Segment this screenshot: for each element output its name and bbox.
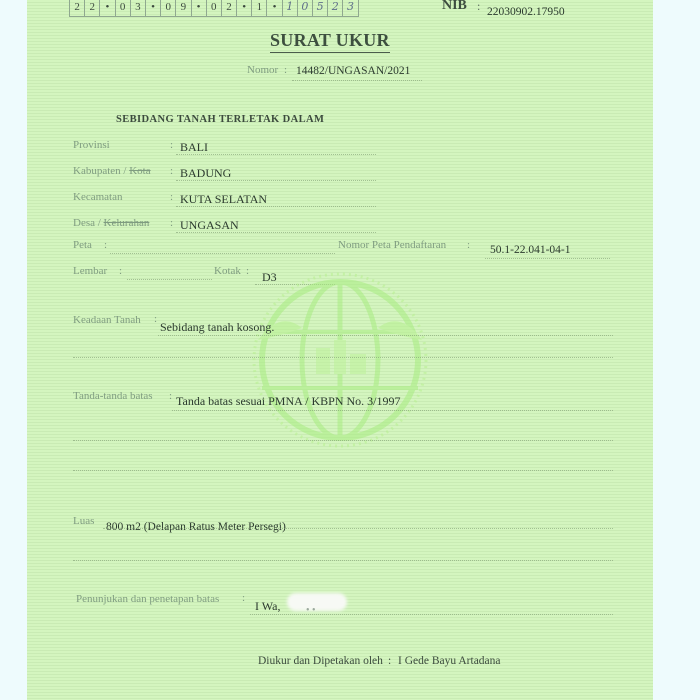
keadaan-dotline-1 (158, 335, 613, 336)
batas-dotline-1 (172, 410, 613, 411)
lembar-separator: : (119, 265, 122, 277)
location-heading: SEBIDANG TANAH TERLETAK DALAM (116, 114, 324, 125)
parcel-code-box: 5 (313, 0, 328, 16)
parcel-code-box: 3 (131, 0, 146, 16)
location-field-dotline (176, 206, 376, 207)
penunjukan-separator: : (242, 592, 245, 604)
parcel-code-box: • (100, 0, 115, 16)
lembar-dotline (127, 279, 212, 280)
location-field-separator: : (170, 165, 173, 177)
parcel-code-box: 0 (161, 0, 176, 16)
batas-label: Tanda-tanda batas (73, 390, 153, 402)
parcel-code-boxes: 22•03•09•02•1•10523 (69, 0, 359, 17)
parcel-code-box: 2 (328, 0, 343, 16)
nomor-dotline (292, 80, 422, 81)
parcel-code-box: • (237, 0, 252, 16)
kotak-separator: : (246, 265, 249, 277)
redaction-mark (287, 593, 347, 611)
measured-by-separator: : (388, 655, 391, 667)
parcel-code-box: 0 (207, 0, 222, 16)
parcel-code-box: 9 (176, 0, 191, 16)
peta-label: Peta (73, 239, 92, 251)
location-field-label: Provinsi (73, 139, 110, 151)
luas-value: 800 m2 (Delapan Ratus Meter Persegi) (106, 521, 286, 533)
location-field-separator: : (170, 191, 173, 203)
nomor-label: Nomor (247, 64, 278, 76)
batas-dotline-3 (73, 470, 613, 471)
luas-dotline-2 (73, 560, 613, 561)
nib-label: NIB (442, 0, 467, 14)
parcel-code-box: 0 (116, 0, 131, 16)
keadaan-separator: : (154, 313, 157, 325)
penunjukan-value: I Wa, (255, 599, 280, 614)
nomor-separator: : (284, 64, 287, 76)
location-field-dotline (176, 180, 376, 181)
peta-dotline (110, 253, 335, 254)
location-field-separator: : (170, 139, 173, 151)
parcel-code-box: 2 (70, 0, 85, 16)
parcel-code-box: 3 (343, 0, 357, 16)
keadaan-label: Keadaan Tanah (73, 314, 141, 326)
nomor-peta-dotline (485, 258, 610, 259)
measured-by-value: I Gede Bayu Artadana (398, 655, 501, 667)
nomor-value: 14482/UNGASAN/2021 (296, 65, 410, 77)
parcel-code-box: 1 (252, 0, 267, 16)
nomor-peta-label: Nomor Peta Pendaftaran (338, 239, 446, 251)
document-title: SURAT UKUR (270, 30, 390, 53)
keadaan-dotline-2 (73, 357, 613, 358)
batas-value: Tanda batas sesuai PMNA / KBPN No. 3/199… (176, 394, 400, 409)
luas-label: Luas (73, 515, 94, 527)
luas-dotline-1 (103, 528, 613, 529)
kotak-label: Kotak (214, 265, 241, 277)
location-field-label: Kecamatan (73, 191, 122, 203)
parcel-code-box: • (192, 0, 207, 16)
measured-by-label: Diukur dan Dipetakan oleh (258, 655, 383, 667)
batas-dotline-2 (73, 440, 613, 441)
location-field-value: BADUNG (180, 166, 231, 181)
nomor-peta-separator: : (467, 239, 470, 251)
location-field-value: BALI (180, 140, 208, 155)
parcel-code-box: 1 (283, 0, 298, 16)
location-field-label: Desa / Kelurahan (73, 217, 149, 229)
batas-separator: : (169, 390, 172, 402)
penunjukan-dotline (250, 614, 613, 615)
bpn-emblem-watermark-icon (250, 270, 430, 450)
location-field-value: UNGASAN (180, 218, 239, 233)
penunjukan-label: Penunjukan dan penetapan batas (76, 593, 219, 605)
location-field-dotline (176, 154, 376, 155)
parcel-code-box: • (146, 0, 161, 16)
location-field-separator: : (170, 217, 173, 229)
location-field-dotline (176, 232, 376, 233)
parcel-code-box: 0 (298, 0, 313, 16)
lembar-label: Lembar (73, 265, 107, 277)
location-field-value: KUTA SELATAN (180, 192, 267, 207)
nib-separator: : (477, 0, 480, 14)
peta-separator: : (104, 239, 107, 251)
keadaan-value: Sebidang tanah kosong. (160, 320, 274, 335)
parcel-code-box: • (267, 0, 282, 16)
location-field-label: Kabupaten / Kota (73, 165, 151, 177)
nib-value: 22030902.17950 (487, 6, 565, 18)
parcel-code-box: 2 (85, 0, 100, 16)
parcel-code-box: 2 (222, 0, 237, 16)
nomor-peta-value: 50.1-22.041-04-1 (490, 244, 571, 256)
